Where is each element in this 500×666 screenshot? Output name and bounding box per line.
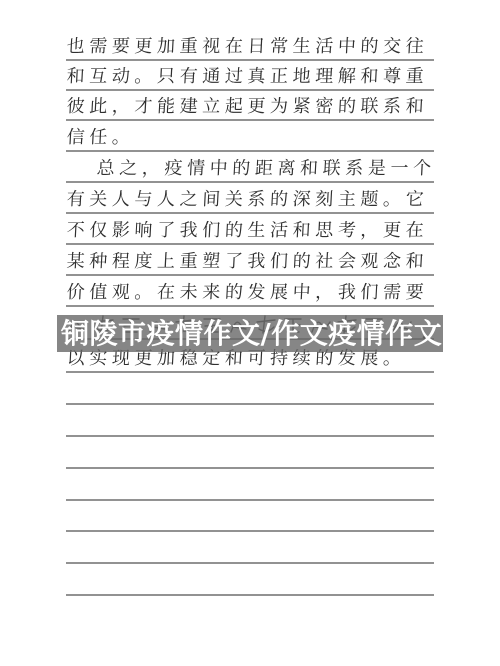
essay-line: 彼此，才能建立起更为紧密的联系和 [66, 95, 449, 119]
essay-line: 和互动。只有通过真正地理解和尊重 [66, 65, 449, 89]
essay-line: 总之，疫情中的距离和联系是一个 [66, 157, 479, 181]
essay-line: 价值观。在未来的发展中，我们需要 [66, 281, 449, 305]
essay-line: 有关人与人之间关系的深刻主题。它 [66, 188, 449, 212]
essay-line: 某种程度上重塑了我们的社会观念和 [66, 250, 449, 274]
notebook-page: 也需要更加重视在日常生活中的交往和互动。只有通过真正地理解和尊重彼此，才能建立起… [0, 0, 500, 666]
essay-line: 也需要更加重视在日常生活中的交往 [66, 35, 449, 59]
watermark-title: 铜陵市疫情作文/作文疫情作文 [57, 315, 443, 352]
essay-line: 信任。 [66, 126, 449, 150]
essay-line: 不仅影响了我们的生活和思考，更在 [66, 219, 449, 243]
watermark-banner: 铜陵市疫情作文/作文疫情作文 [57, 315, 443, 352]
